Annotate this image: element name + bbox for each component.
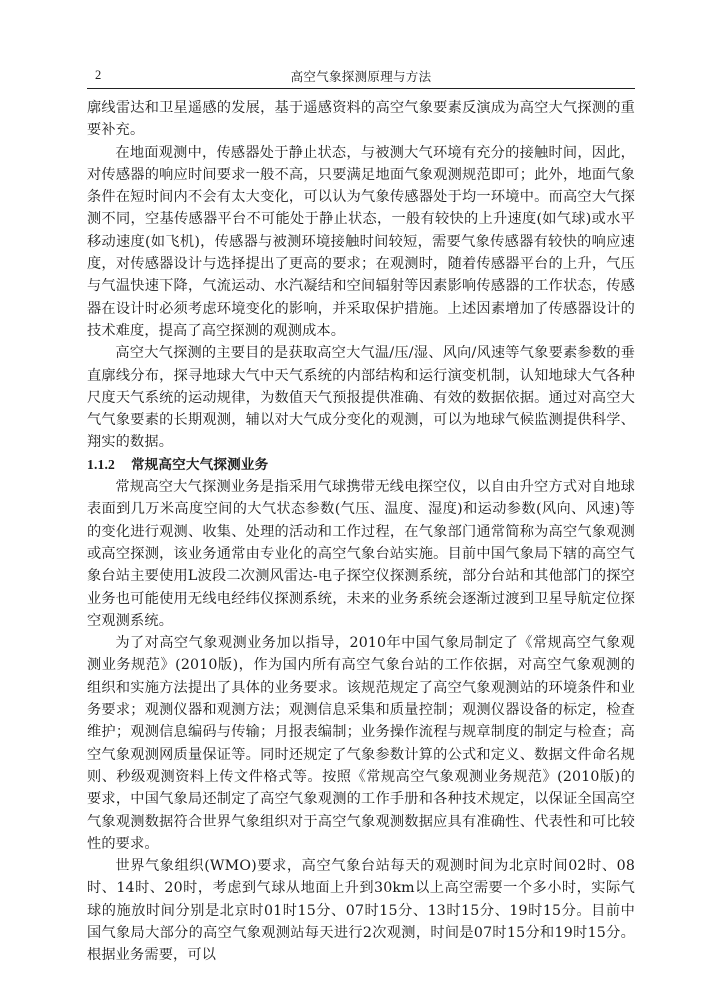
section-title: 常规高空大气探测业务 — [131, 457, 268, 473]
paragraph: 廓线雷达和卫星遥感的发展，基于遥感资料的高空气象要素反演成为高空大气探测的重要补… — [87, 97, 635, 142]
paragraph: 在地面观测中，传感器处于静止状态，与被测大气环境有充分的接触时间，因此，对传感器… — [87, 142, 635, 343]
body-text: 廓线雷达和卫星遥感的发展，基于遥感资料的高空气象要素反演成为高空大气探测的重要补… — [87, 97, 635, 967]
book-page: 2 高空气象探测原理与方法 廓线雷达和卫星遥感的发展，基于遥感资料的高空气象要素… — [87, 62, 635, 967]
section-number: 1.1.2 — [87, 457, 115, 472]
section-heading: 1.1.2常规高空大气探测业务 — [87, 454, 635, 476]
paragraph: 世界气象组织(WMO)要求，高空气象台站每天的观测时间为北京时间02时、08时、… — [87, 855, 635, 966]
paragraph: 为了对高空气象观测业务加以指导，2010年中国气象局制定了《常规高空气象观测业务… — [87, 632, 635, 855]
paragraph: 常规高空大气探测业务是指采用气球携带无线电探空仪，以自由升空方式对自地球表面到几… — [87, 476, 635, 632]
paragraph: 高空大气探测的主要目的是获取高空大气温/压/湿、风向/风速等气象要素参数的垂直廓… — [87, 342, 635, 453]
running-header: 2 高空气象探测原理与方法 — [87, 62, 635, 89]
book-title: 高空气象探测原理与方法 — [87, 67, 635, 85]
